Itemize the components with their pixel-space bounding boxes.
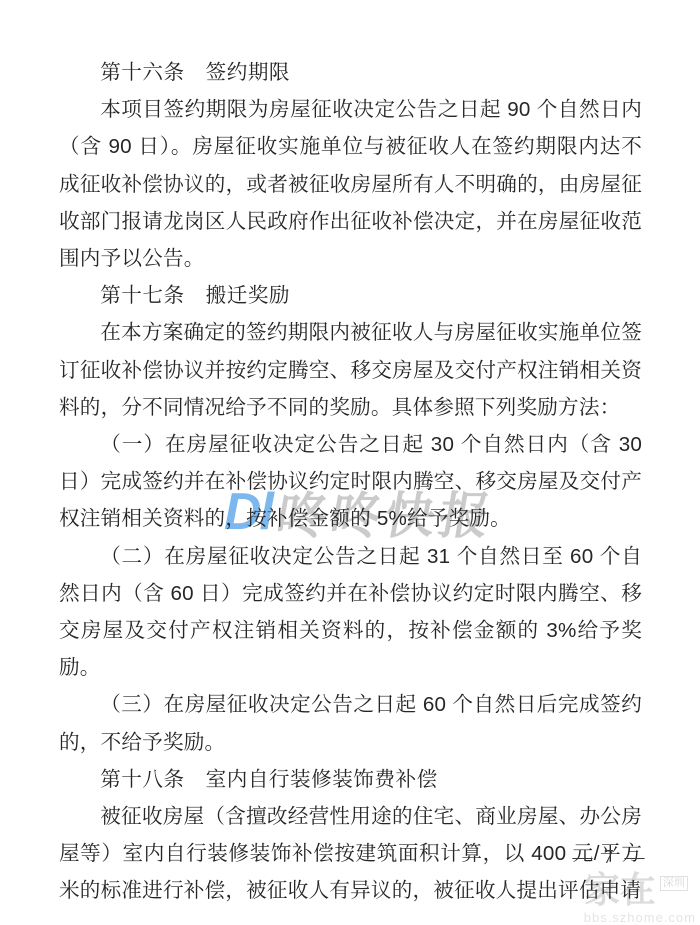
article-17-item-3: （三）在房屋征收决定公告之日起 60 个自然日后完成签约的，不给予奖励。 — [59, 686, 642, 760]
article-17-paragraph-intro: 在本方案确定的签约期限内被征收人与房屋征收实施单位签订征收补偿协议并按约定腾空、… — [59, 314, 642, 426]
article-18-paragraph: 被征收房屋（含擅改经营性用途的住宅、商业房屋、办公房屋等）室内自行装修装饰补偿按… — [59, 798, 642, 910]
document-page: Dl 咚咚快报 第十六条 签约期限 本项目签约期限为房屋征收决定公告之日起 90… — [0, 0, 700, 925]
article-16-heading: 第十六条 签约期限 — [59, 54, 642, 91]
article-18-heading: 第十八条 室内自行装修装饰费补偿 — [59, 761, 642, 798]
article-17-item-2: （二）在房屋征收决定公告之日起 31 个自然日至 60 个自然日内（含 60 日… — [59, 538, 642, 687]
watermark-corner-badge: 深圳 — [660, 876, 688, 891]
watermark-corner-url: bbs.szhome.com — [584, 910, 696, 925]
page-number: — 7 — — [570, 846, 650, 869]
article-17-heading: 第十七条 搬迁奖励 — [59, 277, 642, 314]
document-content: 第十六条 签约期限 本项目签约期限为房屋征收决定公告之日起 90 个自然日内（含… — [59, 54, 642, 910]
article-17-item-1: （一）在房屋征收决定公告之日起 30 个自然日内（含 30 日）完成签约并在补偿… — [59, 426, 642, 538]
article-16-paragraph: 本项目签约期限为房屋征收决定公告之日起 90 个自然日内（含 90 日）。房屋征… — [59, 91, 642, 277]
